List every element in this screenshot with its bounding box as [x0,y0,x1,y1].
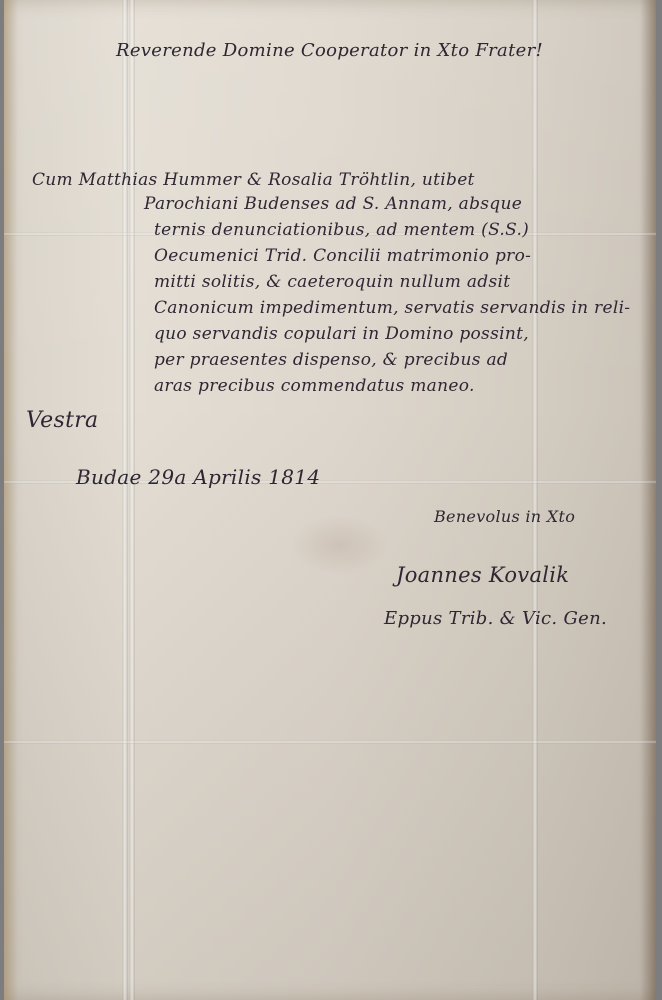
body-line: Canonicum impedimentum, servatis servand… [154,298,630,318]
signature-name: Joannes Kovalik [396,563,569,587]
signature-complimentary: Benevolus in Xto [434,507,575,526]
fold-line-vertical [532,0,538,1000]
salutation: Reverende Domine Cooperator in Xto Frate… [116,40,543,61]
paper-stain [289,515,389,575]
fold-line-vertical [129,0,135,1000]
signature-title: Eppus Trib. & Vic. Gen. [384,608,607,629]
paper-edge-right [640,0,656,1000]
body-line: Parochiani Budenses ad S. Annam, absque [144,194,522,214]
body-line: Cum Matthias Hummer & Rosalia Tröhtlin, … [32,170,475,190]
letter-page: Reverende Domine Cooperator in Xto Frate… [4,0,656,1000]
fold-line-vertical [122,0,128,1000]
fold-line-horizontal [4,740,656,744]
body-line: per praesentes dispenso, & precibus ad [154,350,508,370]
body-line: aras precibus commendatus maneo. [154,376,475,396]
body-line: mitti solitis, & caeteroquin nullum adsi… [154,272,510,292]
body-line: quo servandis copulari in Domino possint… [154,324,529,344]
closing: Vestra [26,408,98,433]
paper-edge-left [4,0,18,1000]
body-line: ternis denunciationibus, ad mentem (S.S.… [154,220,529,240]
body-line: Oecumenici Trid. Concilii matrimonio pro… [154,246,531,266]
date-line: Budae 29a Aprilis 1814 [76,465,320,489]
